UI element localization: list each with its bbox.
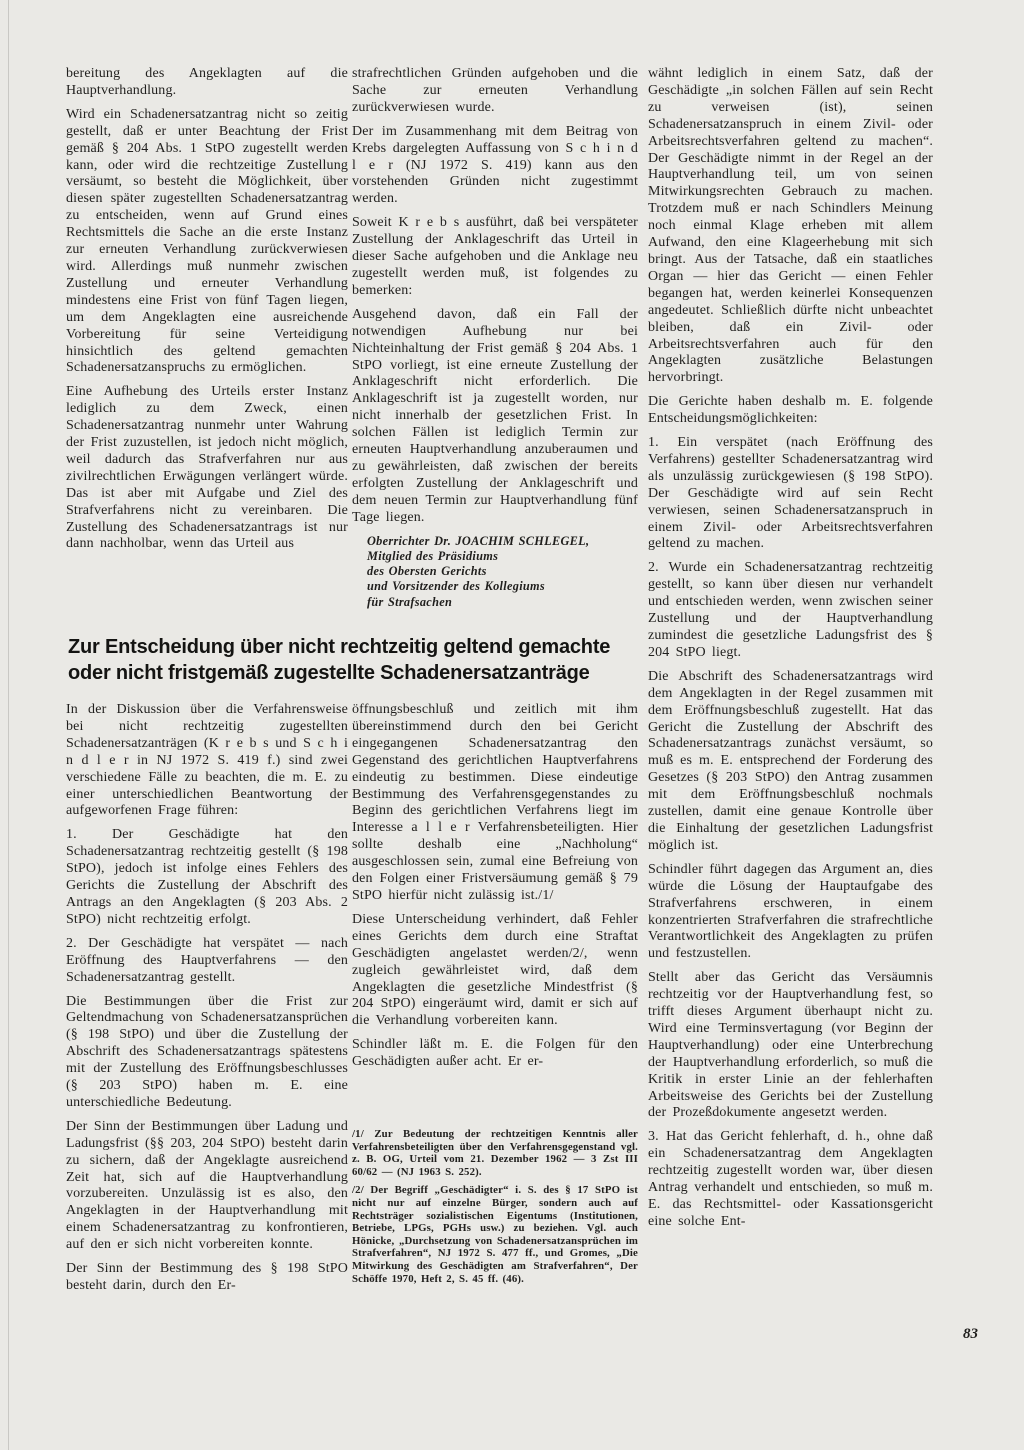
- paragraph: 1. Der Geschädigte hat den Schadenersatz…: [66, 827, 348, 928]
- paragraph: wähnt lediglich in einem Satz, daß der G…: [648, 66, 933, 387]
- article-title-line-2: oder nicht fristgemäß zugestellte Schade…: [68, 660, 648, 686]
- scan-edge-line: [8, 0, 9, 1450]
- footnote-2: /2/ Der Begriff „Geschädigter“ i. S. des…: [352, 1184, 638, 1285]
- author-signature: Oberrichter Dr. JOACHIM SCHLEGEL, Mitgli…: [352, 534, 638, 610]
- paragraph: Die Abschrift des Schadenersatzantrags w…: [648, 669, 933, 855]
- article-title: Zur Entscheidung über nicht rechtzeitig …: [68, 634, 648, 686]
- paragraph: Wird ein Schadenersatzantrag nicht so ze…: [66, 107, 348, 378]
- paragraph: 3. Hat das Gericht fehlerhaft, d. h., oh…: [648, 1129, 933, 1230]
- paragraph: öffnungsbeschluß und zeitlich mit ihm üb…: [352, 702, 638, 905]
- footnotes: /1/ Zur Bedeutung der rechtzeitigen Kenn…: [352, 1128, 638, 1291]
- paragraph: Stellt aber das Gericht das Versäumnis r…: [648, 970, 933, 1122]
- signature-line: Mitglied des Präsidiums: [367, 549, 638, 564]
- journal-page: bereitung des Angeklagten auf die Hauptv…: [0, 0, 1024, 1450]
- paragraph: bereitung des Angeklagten auf die Hauptv…: [66, 66, 348, 100]
- article2-column-2: öffnungsbeschluß und zeitlich mit ihm üb…: [352, 702, 638, 1071]
- page-number: 83: [963, 1326, 978, 1343]
- paragraph: Die Gerichte haben deshalb m. E. folgend…: [648, 394, 933, 428]
- paragraph: Der im Zusammenhang mit dem Beitrag von …: [352, 124, 638, 209]
- paragraph: Ausgehend davon, daß ein Fall der notwen…: [352, 307, 638, 527]
- article2-column-3: wähnt lediglich in einem Satz, daß der G…: [648, 66, 933, 1231]
- paragraph: 2. Wurde ein Schadenersatzantrag rechtze…: [648, 560, 933, 661]
- paragraph: Schindler läßt m. E. die Folgen für den …: [352, 1037, 638, 1071]
- paragraph: 2. Der Geschädigte hat verspätet — nach …: [66, 936, 348, 987]
- signature-line: des Obersten Gerichts: [367, 564, 638, 579]
- article1-column-1: bereitung des Angeklagten auf die Hauptv…: [66, 66, 348, 553]
- paragraph: 1. Ein verspätet (nach Eröffnung des Ver…: [648, 435, 933, 553]
- signature-line: und Vorsitzender des Kollegiums: [367, 579, 638, 594]
- article1-column-2: strafrechtlichen Gründen aufgehoben und …: [352, 66, 638, 610]
- paragraph: Die Bestimmungen über die Frist zur Gelt…: [66, 994, 348, 1112]
- article-title-line-1: Zur Entscheidung über nicht rechtzeitig …: [68, 634, 648, 660]
- signature-line: für Strafsachen: [367, 595, 638, 610]
- paragraph: Der Sinn der Bestimmungen über Ladung un…: [66, 1119, 348, 1254]
- paragraph: Soweit K r e b s ausführt, daß bei versp…: [352, 215, 638, 300]
- signature-line: Oberrichter Dr. JOACHIM SCHLEGEL,: [367, 534, 638, 549]
- article2-column-1: In der Diskussion über die Verfahrenswei…: [66, 702, 348, 1295]
- paragraph: Schindler führt dagegen das Argument an,…: [648, 862, 933, 963]
- paragraph: strafrechtlichen Gründen aufgehoben und …: [352, 66, 638, 117]
- footnote-1: /1/ Zur Bedeutung der rechtzeitigen Kenn…: [352, 1128, 638, 1178]
- paragraph: Eine Aufhebung des Urteils erster Instan…: [66, 384, 348, 553]
- paragraph: In der Diskussion über die Verfahrenswei…: [66, 702, 348, 820]
- paragraph: Der Sinn der Bestimmung des § 198 StPO b…: [66, 1261, 348, 1295]
- paragraph: Diese Unterscheidung verhindert, daß Feh…: [352, 912, 638, 1030]
